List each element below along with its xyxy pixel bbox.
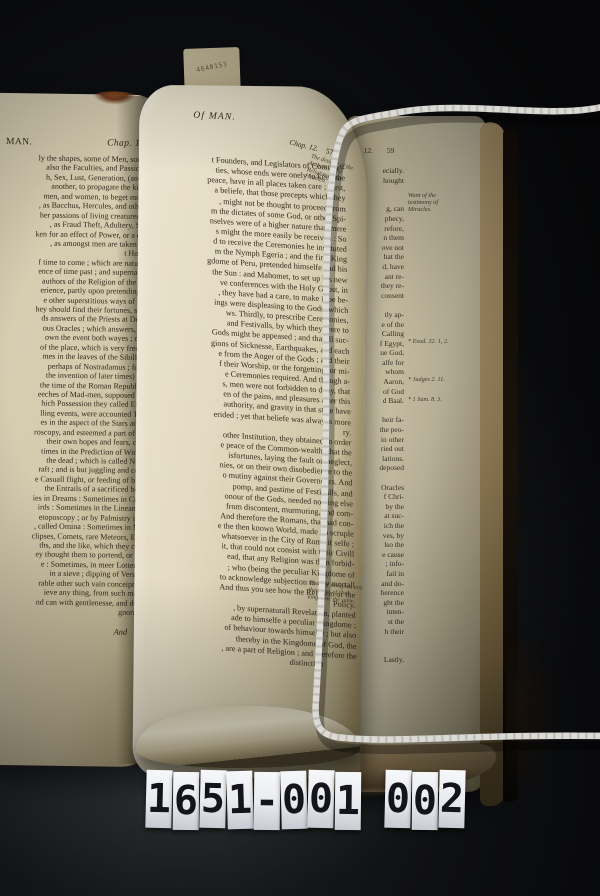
book-weight-cord <box>0 0 600 896</box>
cord-body <box>316 106 600 740</box>
id-number-card: 1 <box>335 772 362 830</box>
id-cards-group-1: 1651-001 <box>146 770 361 828</box>
id-number-row: 1651-001 002 <box>146 770 465 834</box>
id-number-card: 2 <box>438 770 465 829</box>
id-number-card: 6 <box>173 772 200 830</box>
cord-shadow <box>320 116 600 750</box>
cord-twist-texture <box>316 106 600 740</box>
id-number-card: - <box>254 772 281 830</box>
id-number-card: 1 <box>226 771 254 830</box>
id-number-card: 1 <box>145 770 172 829</box>
id-number-card: 0 <box>280 771 308 830</box>
id-cards-group-2: 002 <box>385 770 465 828</box>
id-number-card: 5 <box>199 770 226 829</box>
id-number-card: 0 <box>412 772 439 830</box>
photo-archival-book: MAN. Chap. 12. ly the shapes, some of Me… <box>0 0 600 896</box>
id-number-card: 0 <box>384 770 411 829</box>
id-number-card: 0 <box>307 770 334 829</box>
